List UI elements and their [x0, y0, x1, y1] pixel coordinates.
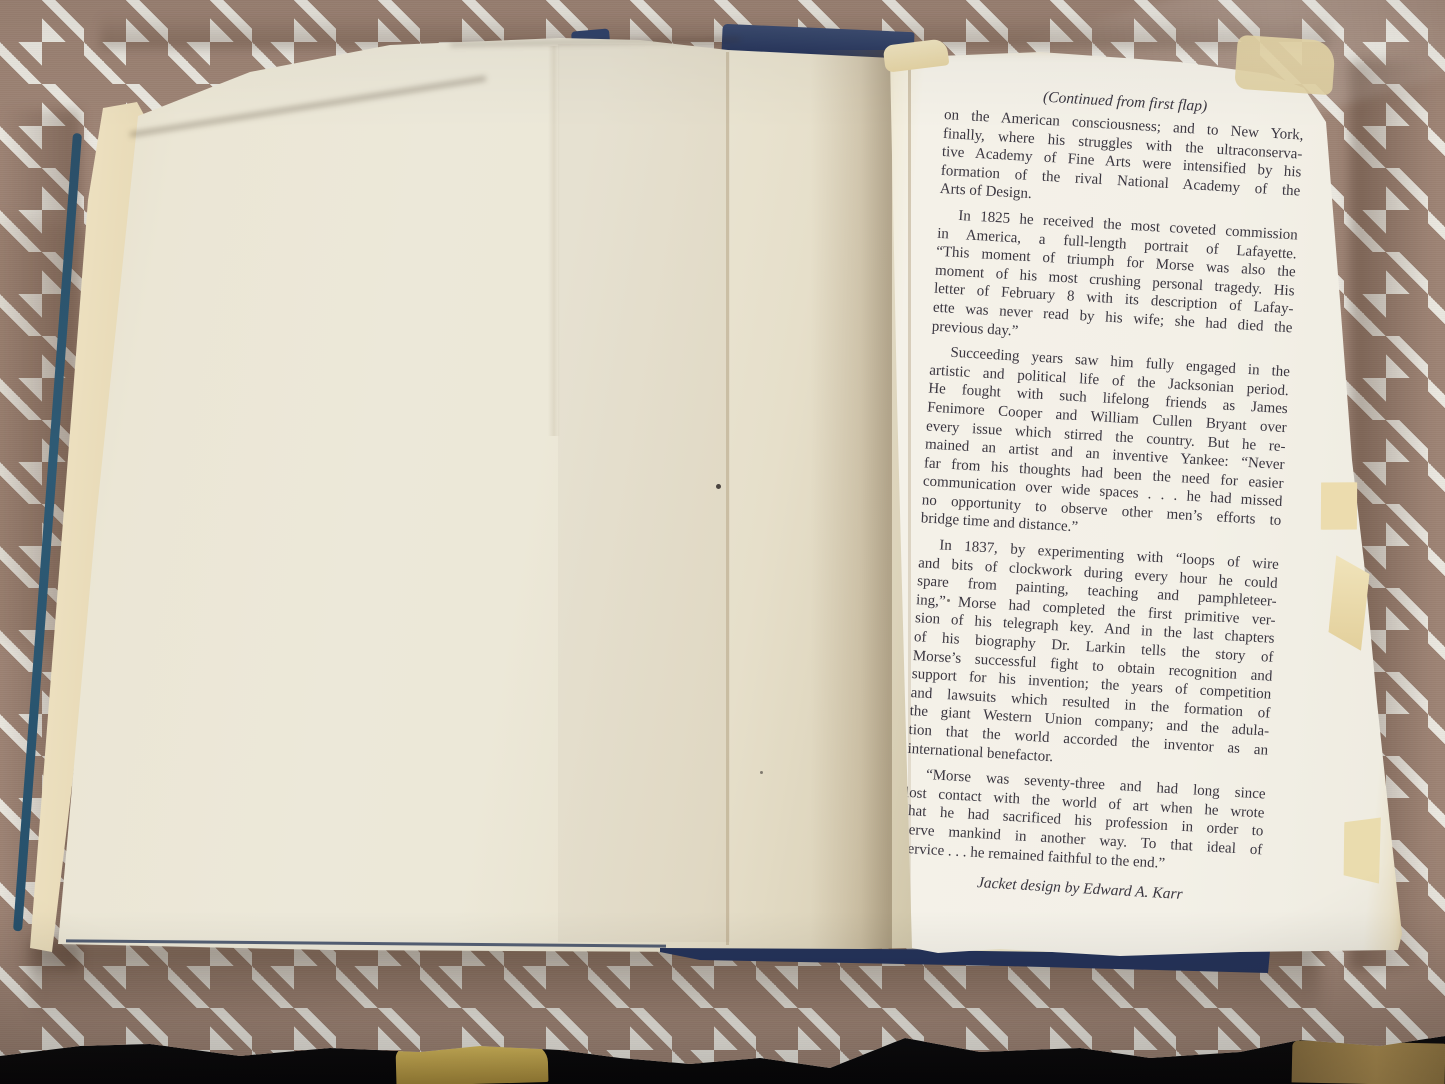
flap-paragraph: In 1837, by experimenting with “loops of…	[907, 535, 1279, 778]
gutter-page-edge-line	[726, 52, 729, 945]
flap-paragraph: In 1825 he received the most coveted com…	[931, 206, 1298, 357]
flap-edge-tear-1	[1315, 477, 1364, 534]
flap-corner-wear	[1234, 35, 1336, 96]
flap-edge-tear-3	[1339, 814, 1385, 883]
flap-paragraph: Succeeding years saw him fully engaged i…	[920, 343, 1290, 549]
left-page-shading	[558, 44, 730, 942]
page-speck	[760, 771, 763, 774]
flap-paragraph: “Morse was seventy-three and had long si…	[901, 765, 1266, 879]
flap-paragraph: on the American consciousness; and to Ne…	[939, 106, 1304, 220]
photo-scene: (Continued from first flap) on the Ameri…	[0, 0, 1445, 1084]
gutter-shading	[810, 50, 892, 950]
flap-paragraphs: on the American consciousness; and to Ne…	[901, 106, 1304, 879]
flap-speck	[947, 599, 950, 602]
page-speck	[716, 484, 721, 489]
blank-left-page	[28, 28, 918, 963]
open-book: (Continued from first flap) on the Ameri…	[0, 0, 1445, 1084]
flap-text: (Continued from first flap) on the Ameri…	[900, 82, 1306, 909]
